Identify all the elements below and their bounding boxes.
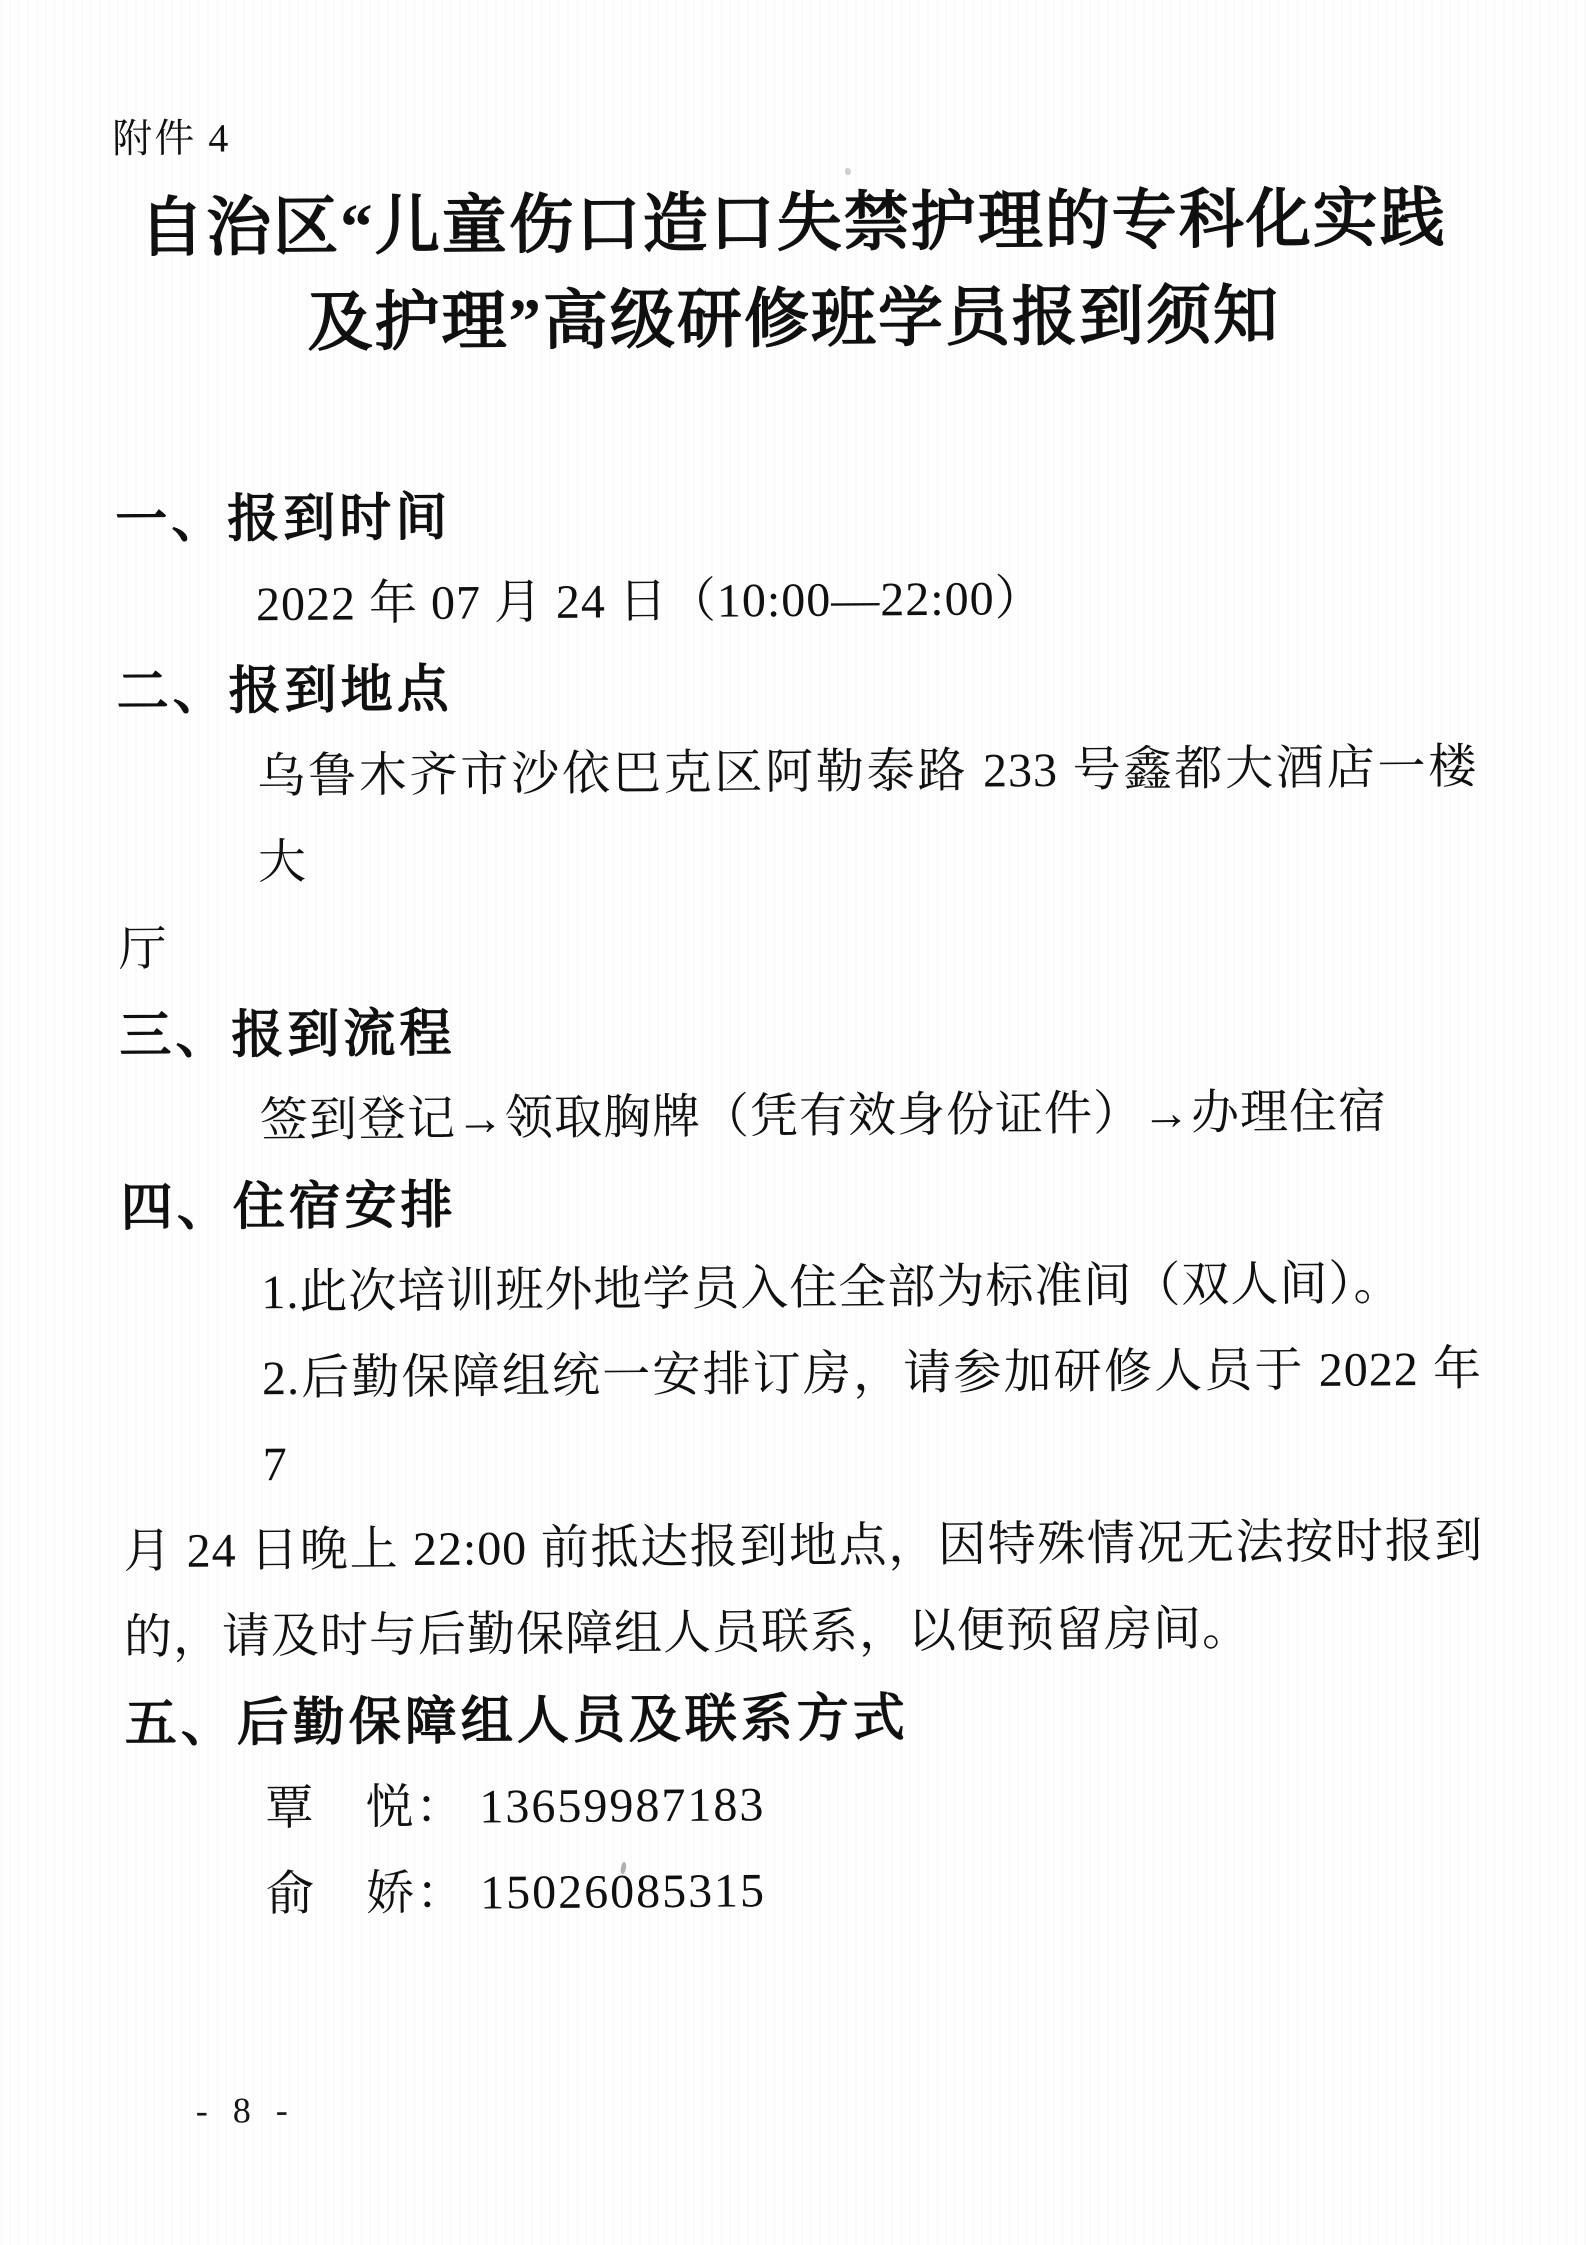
body-line-address-1: 乌鲁木齐市沙依巴克区阿勒泰路 233 号鑫都大酒店一楼大: [117, 725, 1478, 908]
page-number: - 8 -: [196, 2089, 296, 2132]
section-heading-accommodation: 四、住宿安排: [120, 1155, 1481, 1252]
document-title: 自治区“儿童伤口造口失禁护理的专科化实践 及护理”高级研修班学员报到须知: [113, 171, 1474, 374]
document-title-line-2: 及护理”高级研修班学员报到须知: [113, 267, 1474, 374]
contact-line-qin-yue: 覃 悦： 13659987183: [125, 1757, 1486, 1854]
document-title-line-1: 自治区“儿童伤口造口失禁护理的专科化实践: [113, 171, 1474, 278]
body-line-accommodation-2b: 月 24 日晚上 22:00 前抵达报到地点，因特殊情况无法按时报到: [123, 1499, 1484, 1596]
contact-line-yu-jiao: 俞 娇： 15026085315: [126, 1843, 1487, 1940]
body-line-report-time: 2022 年 07 月 24 日（10:00—22:00）: [116, 553, 1477, 650]
section-heading-report-process: 三、报到流程: [119, 983, 1480, 1080]
attachment-label: 附件 4: [112, 103, 1472, 166]
document-body: 一、报到时间 2022 年 07 月 24 日（10:00—22:00） 二、报…: [115, 467, 1486, 1940]
section-heading-report-time: 一、报到时间: [115, 467, 1476, 564]
body-line-accommodation-1: 1.此次培训班外地学员入住全部为标准间（双人间）。: [121, 1241, 1482, 1338]
section-heading-report-place: 二、报到地点: [116, 639, 1477, 736]
body-line-accommodation-2c: 的，请及时与后勤保障组人员联系，以便预留房间。: [124, 1585, 1485, 1682]
body-line-accommodation-2a: 2.后勤保障组统一安排订房，请参加研修人员于 2022 年 7: [122, 1327, 1483, 1510]
scanned-document-page: 附件 4 自治区“儿童伤口造口失禁护理的专科化实践 及护理”高级研修班学员报到须…: [0, 0, 1586, 2245]
scan-speck: [845, 168, 851, 175]
section-heading-contacts: 五、后勤保障组人员及联系方式: [124, 1671, 1485, 1768]
document-content: 附件 4 自治区“儿童伤口造口失禁护理的专科化实践 及护理”高级研修班学员报到须…: [112, 95, 1488, 2206]
body-line-address-2: 厅: [118, 897, 1479, 994]
body-line-process-flow: 签到登记→领取胸牌（凭有效身份证件）→办理住宿: [120, 1069, 1481, 1166]
